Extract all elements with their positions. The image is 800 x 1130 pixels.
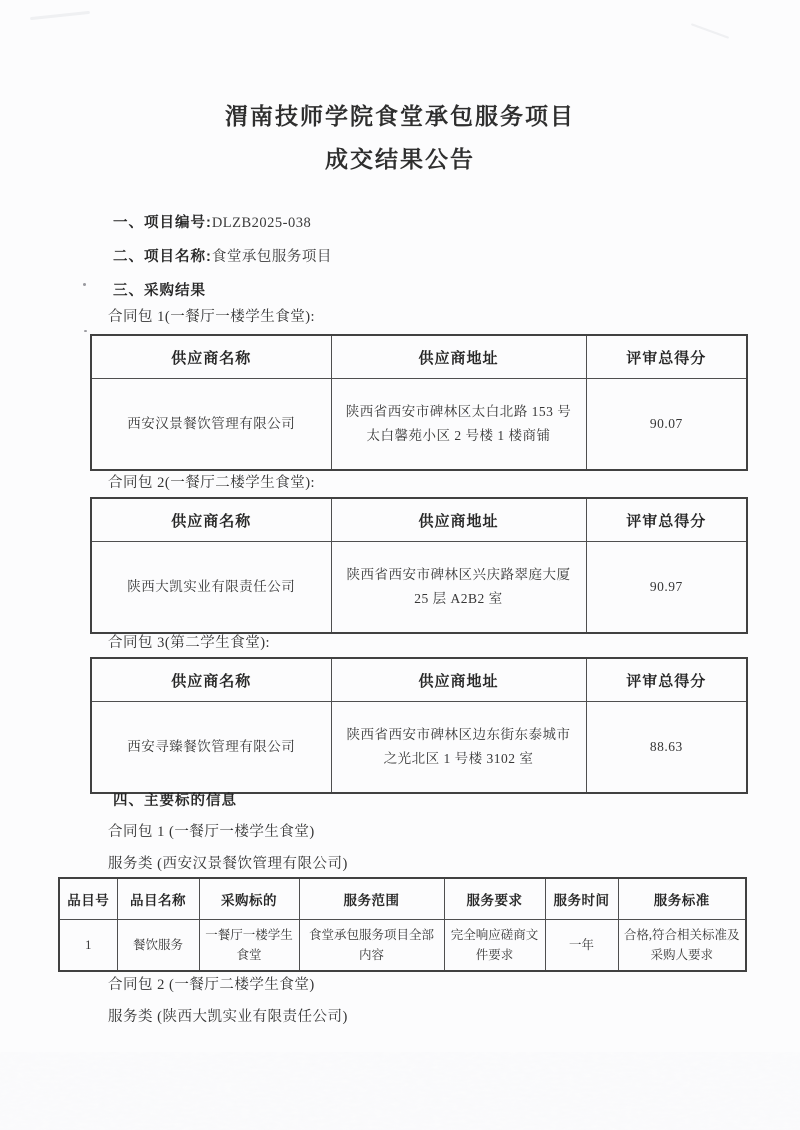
award-package2-line: 合同包 2 (一餐厅二楼学生食堂) bbox=[108, 973, 315, 994]
procurement-result-heading: 三、采购结果 bbox=[113, 279, 206, 300]
service-requirement-cell: 完全响应磋商文件要求 bbox=[444, 920, 545, 972]
award-items-table: 品目号 品目名称 采购标的 服务范围 服务要求 服务时间 服务标准 1 餐饮服务… bbox=[58, 877, 747, 972]
supplier-name-cell: 陕西大凯实业有限责任公司 bbox=[91, 542, 331, 634]
supplier-address-cell: 陕西省西安市碑林区兴庆路翠庭大厦 25 层 A2B2 室 bbox=[331, 542, 586, 634]
table-row: 陕西大凯实业有限责任公司 陕西省西安市碑林区兴庆路翠庭大厦 25 层 A2B2 … bbox=[91, 542, 747, 634]
project-name-value: 食堂承包服务项目 bbox=[212, 249, 332, 265]
document-page: 渭南技师学院食堂承包服务项目 成交结果公告 一、项目编号:DLZB2025-03… bbox=[0, 0, 800, 1130]
service-time-cell: 一年 bbox=[545, 920, 618, 972]
supplier-address-cell: 陕西省西安市碑林区边东街东泰城市之光北区 1 号楼 3102 室 bbox=[331, 702, 586, 794]
scan-smudge bbox=[691, 23, 729, 39]
header-score: 评审总得分 bbox=[586, 335, 747, 379]
header-item-no: 品目号 bbox=[59, 878, 117, 920]
score-cell: 90.97 bbox=[586, 542, 747, 634]
table-header-row: 供应商名称 供应商地址 评审总得分 bbox=[91, 498, 747, 542]
award-package1-line: 合同包 1 (一餐厅一楼学生食堂) bbox=[108, 820, 315, 841]
header-score: 评审总得分 bbox=[586, 498, 747, 542]
project-number-line: 一、项目编号:DLZB2025-038 bbox=[113, 211, 311, 232]
service-scope-cell: 食堂承包服务项目全部内容 bbox=[299, 920, 444, 972]
header-supplier-name: 供应商名称 bbox=[91, 335, 331, 379]
scan-bleedthrough-noise bbox=[0, 1052, 800, 1130]
header-supplier-address: 供应商地址 bbox=[331, 658, 586, 702]
package3-caption: 合同包 3(第二学生食堂): bbox=[108, 631, 270, 652]
header-supplier-name: 供应商名称 bbox=[91, 498, 331, 542]
main-subject-heading: 四、主要标的信息 bbox=[113, 789, 237, 810]
supplier-name-cell: 西安寻臻餐饮管理有限公司 bbox=[91, 702, 331, 794]
document-title-line2: 成交结果公告 bbox=[0, 141, 800, 174]
header-service-standard: 服务标准 bbox=[618, 878, 746, 920]
header-service-requirement: 服务要求 bbox=[444, 878, 545, 920]
table-header-row: 供应商名称 供应商地址 评审总得分 bbox=[91, 658, 747, 702]
procurement-target-cell: 一餐厅一楼学生食堂 bbox=[199, 920, 299, 972]
supplier-name-cell: 西安汉景餐饮管理有限公司 bbox=[91, 379, 331, 471]
header-procurement-target: 采购标的 bbox=[199, 878, 299, 920]
item-name-cell: 餐饮服务 bbox=[117, 920, 199, 972]
header-service-scope: 服务范围 bbox=[299, 878, 444, 920]
project-number-label: 一、项目编号: bbox=[113, 215, 212, 231]
table-row: 1 餐饮服务 一餐厅一楼学生食堂 食堂承包服务项目全部内容 完全响应磋商文件要求… bbox=[59, 920, 746, 972]
project-name-label: 二、项目名称: bbox=[113, 249, 212, 265]
project-number-value: DLZB2025-038 bbox=[212, 215, 311, 231]
document-title-line1: 渭南技师学院食堂承包服务项目 bbox=[0, 98, 800, 131]
header-supplier-address: 供应商地址 bbox=[331, 498, 586, 542]
table-row: 西安寻臻餐饮管理有限公司 陕西省西安市碑林区边东街东泰城市之光北区 1 号楼 3… bbox=[91, 702, 747, 794]
table-header-row: 供应商名称 供应商地址 评审总得分 bbox=[91, 335, 747, 379]
score-cell: 88.63 bbox=[586, 702, 747, 794]
header-score: 评审总得分 bbox=[586, 658, 747, 702]
package1-caption: 合同包 1(一餐厅一楼学生食堂): bbox=[108, 305, 315, 326]
result-table-package3: 供应商名称 供应商地址 评审总得分 西安寻臻餐饮管理有限公司 陕西省西安市碑林区… bbox=[90, 657, 748, 794]
header-supplier-address: 供应商地址 bbox=[331, 335, 586, 379]
header-service-time: 服务时间 bbox=[545, 878, 618, 920]
result-table-package1: 供应商名称 供应商地址 评审总得分 西安汉景餐饮管理有限公司 陕西省西安市碑林区… bbox=[90, 334, 748, 471]
scan-speck bbox=[84, 330, 87, 332]
scan-speck bbox=[83, 283, 86, 286]
table-header-row: 品目号 品目名称 采购标的 服务范围 服务要求 服务时间 服务标准 bbox=[59, 878, 746, 920]
award-service1-line: 服务类 (西安汉景餐饮管理有限公司) bbox=[108, 852, 348, 873]
header-supplier-name: 供应商名称 bbox=[91, 658, 331, 702]
scan-smudge bbox=[30, 11, 90, 20]
result-table-package2: 供应商名称 供应商地址 评审总得分 陕西大凯实业有限责任公司 陕西省西安市碑林区… bbox=[90, 497, 748, 634]
score-cell: 90.07 bbox=[586, 379, 747, 471]
award-service2-line: 服务类 (陕西大凯实业有限责任公司) bbox=[108, 1005, 348, 1026]
package2-caption: 合同包 2(一餐厅二楼学生食堂): bbox=[108, 471, 315, 492]
header-item-name: 品目名称 bbox=[117, 878, 199, 920]
item-no-cell: 1 bbox=[59, 920, 117, 972]
supplier-address-cell: 陕西省西安市碑林区太白北路 153 号太白馨苑小区 2 号楼 1 楼商铺 bbox=[331, 379, 586, 471]
project-name-line: 二、项目名称:食堂承包服务项目 bbox=[113, 245, 332, 266]
service-standard-cell: 合格,符合相关标准及采购人要求 bbox=[618, 920, 746, 972]
table-row: 西安汉景餐饮管理有限公司 陕西省西安市碑林区太白北路 153 号太白馨苑小区 2… bbox=[91, 379, 747, 471]
